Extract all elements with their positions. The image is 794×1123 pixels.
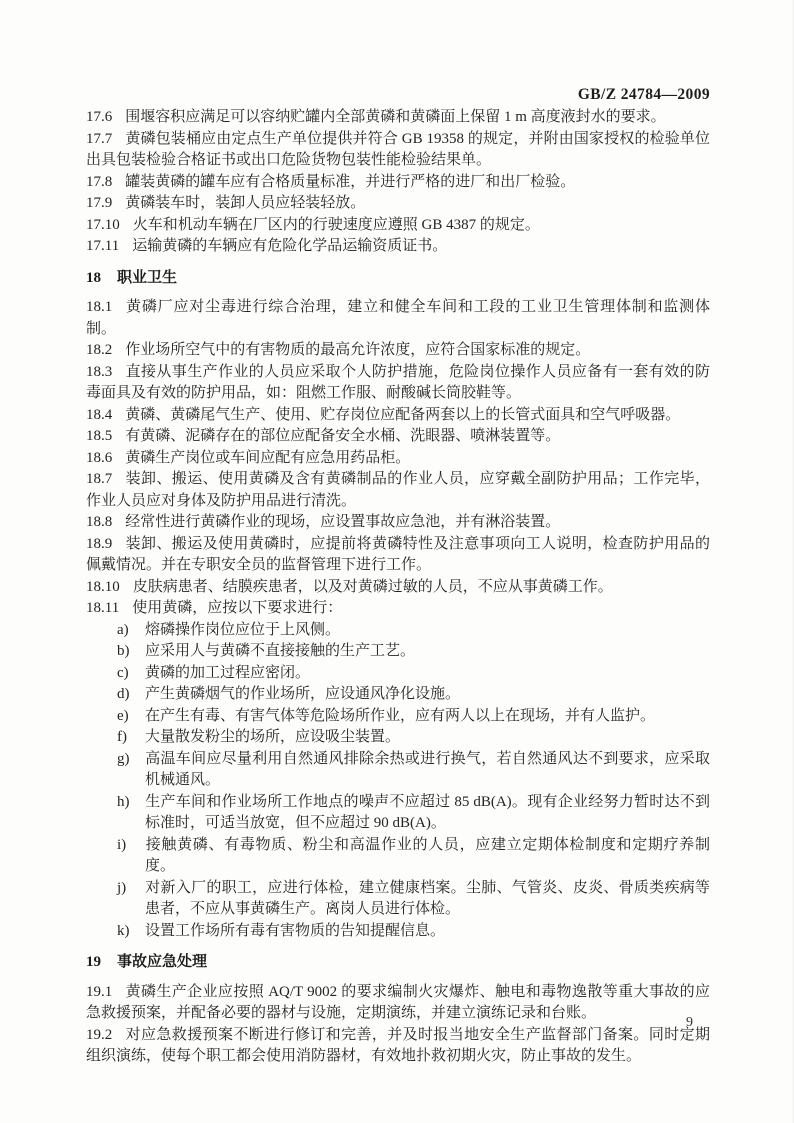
clause-text: 产生黄磷烟气的作业场所，应设通风净化设施。 [145, 686, 460, 702]
clause-number: h) [117, 792, 145, 814]
page-number: 9 [686, 1015, 693, 1031]
clause: 18.2作业场所空气中的有害物质的最高允许浓度，应符合国家标准的规定。 [86, 340, 710, 362]
clause: 17.6围堰容积应满足可以容纳贮罐内全部黄磷和黄磷面上保留 1 m 高度液封水的… [86, 107, 710, 129]
clause-number: d) [117, 684, 145, 706]
section-heading: 19事故应急处理 [86, 952, 710, 974]
document-page: GB/Z 24784—2009 17.6围堰容积应满足可以容纳贮罐内全部黄磷和黄… [0, 0, 794, 1123]
clause-text: 对新入厂的职工，应进行体检，建立健康档案。尘肺、气管炎、皮炎、骨质类疾病等患者，… [145, 880, 710, 918]
clause: 18.3直接从事生产作业的人员应采取个人防护措施，危险岗位操作人员应备有一套有效… [86, 362, 710, 405]
clause-number: f) [117, 727, 145, 749]
clause-number: 18.5 [86, 428, 112, 444]
list-item: j)对新入厂的职工，应进行体检，建立健康档案。尘肺、气管炎、皮炎、骨质类疾病等患… [86, 878, 710, 921]
clause: 18.8经常性进行黄磷作业的现场，应设置事故应急池，并有淋浴装置。 [86, 512, 710, 534]
clause-number: 17.8 [86, 174, 112, 190]
clause-number: c) [117, 663, 145, 685]
clause-number: 18.10 [86, 579, 120, 595]
clause-text: 作业场所空气中的有害物质的最高允许浓度，应符合国家标准的规定。 [125, 342, 590, 358]
clause: 17.8罐装黄磷的罐车应有合格质量标准，并进行严格的进厂和出厂检验。 [86, 172, 710, 194]
clause-number: 17.7 [86, 131, 112, 147]
section-title: 职业卫生 [117, 270, 177, 286]
clause-text: 装卸、搬运、使用黄磷及含有黄磷制品的作业人员，应穿戴全副防护用品；工作完毕，作业… [86, 471, 710, 509]
clause-text: 黄磷的加工过程应密闭。 [145, 665, 310, 681]
clause-number: e) [117, 706, 145, 728]
clause-number: 18.6 [86, 450, 112, 466]
list-item: f)大量散发粉尘的场所，应设吸尘装置。 [86, 727, 710, 749]
clause-text: 对应急救援预案不断进行修订和完善，并及时报当地安全生产监督部门备案。同时定期组织… [86, 1027, 710, 1065]
clause-text: 设置工作场所有毒有害物质的告知提醒信息。 [145, 923, 445, 939]
list-item: b)应采用人与黄磷不直接接触的生产工艺。 [86, 641, 710, 663]
clause-number: 18.2 [86, 342, 112, 358]
list-item: i)接触黄磷、有毒物质、粉尘和高温作业的人员，应建立定期体检制度和定期疗养制度。 [86, 835, 710, 878]
clause: 18.1黄磷厂应对尘毒进行综合治理，建立和健全车间和工段的工业卫生管理体制和监测… [86, 297, 710, 340]
clause-text: 黄磷包装桶应由定点生产单位提供并符合 GB 19358 的规定，并附由国家授权的… [86, 131, 710, 169]
clause-number: 18.11 [86, 600, 119, 616]
clause-number: 17.9 [86, 195, 112, 211]
clause-number: 18.8 [86, 514, 112, 530]
clause-text: 高温车间应尽量利用自然通风排除余热或进行换气，若自然通风达不到要求，应采取机械通… [145, 751, 710, 789]
clause-text: 黄磷厂应对尘毒进行综合治理，建立和健全车间和工段的工业卫生管理体制和监测体制。 [86, 299, 710, 337]
clause: 18.9装卸、搬运及使用黄磷时，应提前将黄磷特性及注意事项向工人说明，检查防护用… [86, 534, 710, 577]
section-number: 18 [86, 270, 101, 286]
clause: 17.10火车和机动车辆在厂区内的行驶速度应遵照 GB 4387 的规定。 [86, 215, 710, 237]
clause-text: 在产生有毒、有害气体等危险场所作业，应有两人以上在现场，并有人监护。 [145, 708, 655, 724]
clause: 19.2对应急救援预案不断进行修订和完善，并及时报当地安全生产监督部门备案。同时… [86, 1025, 710, 1068]
clause-text: 接触黄磷、有毒物质、粉尘和高温作业的人员，应建立定期体检制度和定期疗养制度。 [145, 837, 710, 875]
clause: 17.7黄磷包装桶应由定点生产单位提供并符合 GB 19358 的规定，并附由国… [86, 129, 710, 172]
section-number: 19 [86, 954, 101, 970]
clause: 17.9黄磷装车时，装卸人员应轻装轻放。 [86, 193, 710, 215]
clause-text: 熔磷操作岗位应位于上风侧。 [145, 622, 340, 638]
clause: 18.10皮肤病患者、结膜疾患者，以及对黄磷过敏的人员，不应从事黄磷工作。 [86, 577, 710, 599]
clause-number: a) [117, 620, 145, 642]
standard-number: GB/Z 24784—2009 [578, 86, 710, 104]
clause-text: 黄磷生产岗位或车间应配有应急用药品柜。 [125, 450, 410, 466]
clause-text: 装卸、搬运及使用黄磷时，应提前将黄磷特性及注意事项向工人说明，检查防护用品的佩戴… [86, 536, 710, 574]
clause-number: 17.6 [86, 109, 112, 125]
clause-number: j) [117, 878, 145, 900]
clause-text: 直接从事生产作业的人员应采取个人防护措施，危险岗位操作人员应备有一套有效的防毒面… [86, 364, 710, 402]
clause-number: k) [117, 921, 145, 943]
clause-number: 17.10 [86, 217, 120, 233]
clause-number: 17.11 [86, 238, 119, 254]
clause-number: g) [117, 749, 145, 771]
list-item: g)高温车间应尽量利用自然通风排除余热或进行换气，若自然通风达不到要求，应采取机… [86, 749, 710, 792]
clause: 18.7装卸、搬运、使用黄磷及含有黄磷制品的作业人员，应穿戴全副防护用品；工作完… [86, 469, 710, 512]
clause-number: b) [117, 641, 145, 663]
list-item: a)熔磷操作岗位应位于上风侧。 [86, 620, 710, 642]
clause-text: 黄磷、黄磷尾气生产、使用、贮存岗位应配备两套以上的长管式面具和空气呼吸器。 [125, 407, 680, 423]
clause-text: 火车和机动车辆在厂区内的行驶速度应遵照 GB 4387 的规定。 [133, 217, 540, 233]
list-item: k)设置工作场所有毒有害物质的告知提醒信息。 [86, 921, 710, 943]
clause-text: 经常性进行黄磷作业的现场，应设置事故应急池，并有淋浴装置。 [125, 514, 560, 530]
clause: 18.4黄磷、黄磷尾气生产、使用、贮存岗位应配备两套以上的长管式面具和空气呼吸器… [86, 405, 710, 427]
clause: 19.1黄磷生产企业应按照 AQ/T 9002 的要求编制火灾爆炸、触电和毒物逸… [86, 982, 710, 1025]
list-item: e)在产生有毒、有害气体等危险场所作业，应有两人以上在现场，并有人监护。 [86, 706, 710, 728]
clause-text: 大量散发粉尘的场所，应设吸尘装置。 [145, 729, 400, 745]
clause: 18.6黄磷生产岗位或车间应配有应急用药品柜。 [86, 448, 710, 470]
clause-number: 18.9 [86, 536, 112, 552]
document-content: 17.6围堰容积应满足可以容纳贮罐内全部黄磷和黄磷面上保留 1 m 高度液封水的… [86, 107, 710, 1068]
clause-text: 黄磷装车时，装卸人员应轻装轻放。 [125, 195, 365, 211]
clause-number: 18.7 [86, 471, 112, 487]
section-heading: 18职业卫生 [86, 268, 710, 290]
list-item: c)黄磷的加工过程应密闭。 [86, 663, 710, 685]
clause-text: 运输黄磷的车辆应有危险化学品运输资质证书。 [132, 238, 447, 254]
clause-number: 18.4 [86, 407, 112, 423]
clause-text: 有黄磷、泥磷存在的部位应配备安全水桶、洗眼器、喷淋装置等。 [125, 428, 560, 444]
clause-number: 18.1 [86, 299, 112, 315]
clause-text: 皮肤病患者、结膜疾患者，以及对黄磷过敏的人员，不应从事黄磷工作。 [133, 579, 613, 595]
clause-number: 19.1 [86, 984, 112, 1000]
clause-text: 罐装黄磷的罐车应有合格质量标准，并进行严格的进厂和出厂检验。 [125, 174, 575, 190]
clause: 18.11使用黄磷，应按以下要求进行： [86, 598, 710, 620]
clause-number: i) [117, 835, 145, 857]
clause-text: 应采用人与黄磷不直接接触的生产工艺。 [145, 643, 415, 659]
clause-number: 18.3 [86, 364, 112, 380]
clause-text: 使用黄磷，应按以下要求进行： [132, 600, 342, 616]
clause-text: 生产车间和作业场所工作地点的噪声不应超过 85 dB(A)。现有企业经努力暂时达… [145, 794, 710, 832]
clause: 18.5有黄磷、泥磷存在的部位应配备安全水桶、洗眼器、喷淋装置等。 [86, 426, 710, 448]
list-item: d)产生黄磷烟气的作业场所，应设通风净化设施。 [86, 684, 710, 706]
clause-text: 围堰容积应满足可以容纳贮罐内全部黄磷和黄磷面上保留 1 m 高度液封水的要求。 [125, 109, 665, 125]
section-title: 事故应急处理 [117, 954, 207, 970]
clause: 17.11运输黄磷的车辆应有危险化学品运输资质证书。 [86, 236, 710, 258]
list-item: h)生产车间和作业场所工作地点的噪声不应超过 85 dB(A)。现有企业经努力暂… [86, 792, 710, 835]
clause-text: 黄磷生产企业应按照 AQ/T 9002 的要求编制火灾爆炸、触电和毒物逸散等重大… [86, 984, 710, 1022]
clause-number: 19.2 [86, 1027, 112, 1043]
